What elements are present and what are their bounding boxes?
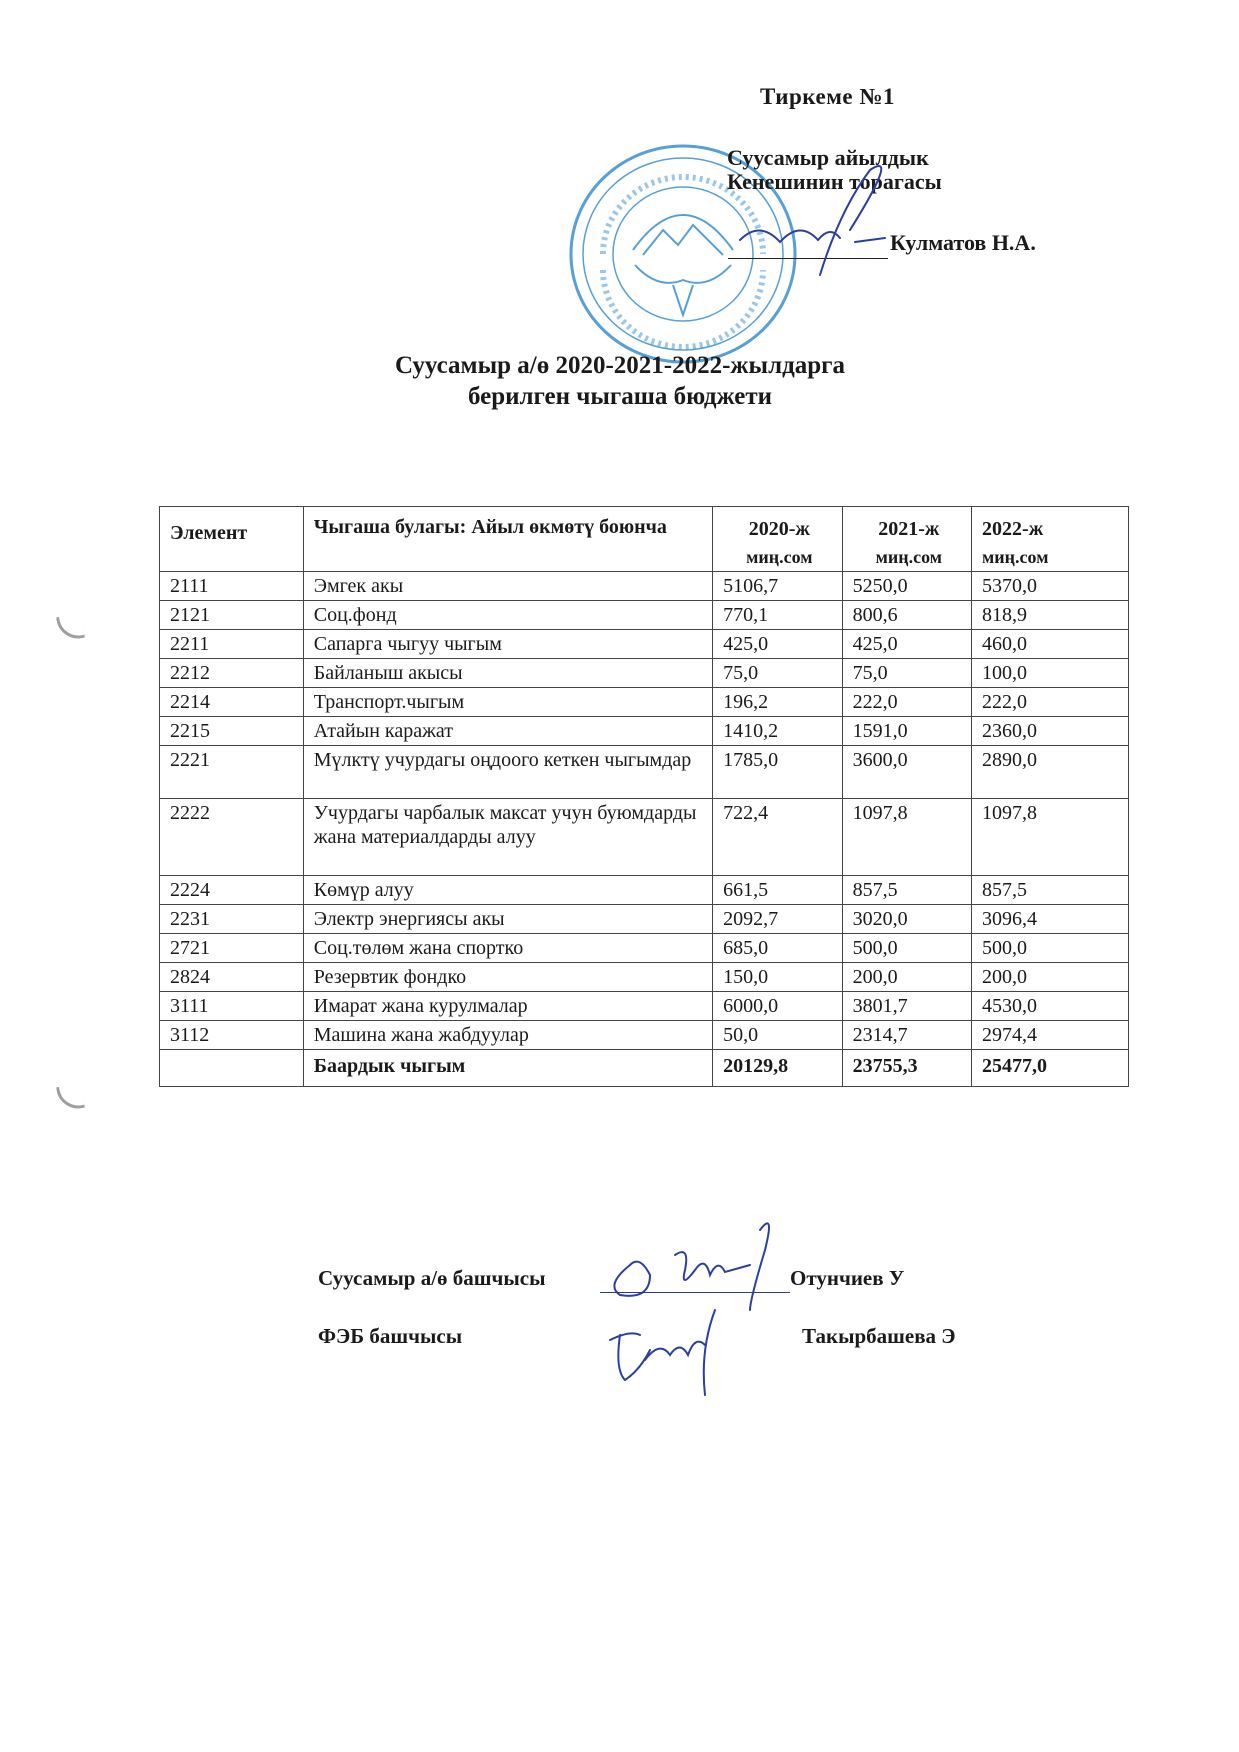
value-2020: 6000,0 [713, 992, 842, 1021]
value-2020: 425,0 [713, 630, 842, 659]
element-code: 2224 [160, 876, 304, 905]
budget-table: Элемент Чыгаша булагы: Айыл өкмөтү боюнч… [159, 506, 1129, 1087]
value-2020: 1410,2 [713, 717, 842, 746]
value-2020: 50,0 [713, 1021, 842, 1050]
value-2021: 75,0 [842, 659, 971, 688]
element-code: 2111 [160, 572, 304, 601]
expense-name: Машина жана жабдуулар [303, 1021, 712, 1050]
value-2022: 4530,0 [972, 992, 1129, 1021]
element-code: 2221 [160, 746, 304, 799]
approver-name-text: Кулматов Н.А. [890, 230, 1036, 255]
value-2022: 2890,0 [972, 746, 1129, 799]
header-element: Элемент [160, 507, 304, 572]
expense-name: Баардык чыгым [303, 1050, 712, 1087]
value-2021: 2314,7 [842, 1021, 971, 1050]
table-row: 2824Резервтик фондко150,0200,0200,0 [160, 963, 1129, 992]
value-2021: 5250,0 [842, 572, 971, 601]
header-2022-unit: миң.сом [982, 543, 1122, 571]
table-row: 3111Имарат жана курулмалар6000,03801,745… [160, 992, 1129, 1021]
value-2021: 3020,0 [842, 905, 971, 934]
table-total-row: Баардык чыгым20129,823755,325477,0 [160, 1050, 1129, 1087]
table-header-row: Элемент Чыгаша булагы: Айыл өкмөтү боюнч… [160, 507, 1129, 572]
element-code: 2212 [160, 659, 304, 688]
element-code: 2222 [160, 799, 304, 876]
table-row: 2215Атайын каражат1410,21591,02360,0 [160, 717, 1129, 746]
expense-name: Резервтик фондко [303, 963, 712, 992]
header-2020-unit: миң.сом [723, 543, 835, 571]
value-2021: 425,0 [842, 630, 971, 659]
feb-signature-icon [600, 1300, 740, 1400]
value-2022: 857,5 [972, 876, 1129, 905]
value-2020: 661,5 [713, 876, 842, 905]
table-row: 2214Транспорт.чыгым196,2222,0222,0 [160, 688, 1129, 717]
value-2022: 500,0 [972, 934, 1129, 963]
header-2020-year: 2020-ж [723, 515, 835, 543]
value-2021: 500,0 [842, 934, 971, 963]
value-2020: 770,1 [713, 601, 842, 630]
element-code: 2721 [160, 934, 304, 963]
value-2021: 200,0 [842, 963, 971, 992]
header-2021: 2021-ж миң.сом [842, 507, 971, 572]
value-2021: 1097,8 [842, 799, 971, 876]
header-expense-source: Чыгаша булагы: Айыл өкмөтү боюнча [303, 507, 712, 572]
feb-name: Такырбашева Э [802, 1324, 956, 1349]
element-code: 3112 [160, 1021, 304, 1050]
element-code [160, 1050, 304, 1087]
value-2021: 857,5 [842, 876, 971, 905]
value-2020: 20129,8 [713, 1050, 842, 1087]
value-2022: 1097,8 [972, 799, 1129, 876]
expense-name: Соц.төлөм жана спортко [303, 934, 712, 963]
expense-name: Учурдагы чарбалык максат учун буюмдарды … [303, 799, 712, 876]
element-code: 2214 [160, 688, 304, 717]
expense-name: Имарат жана курулмалар [303, 992, 712, 1021]
value-2021: 222,0 [842, 688, 971, 717]
header-2020: 2020-ж миң.сом [713, 507, 842, 572]
element-code: 2231 [160, 905, 304, 934]
value-2021: 1591,0 [842, 717, 971, 746]
table-row: 2221Мүлктү учурдагы оңдоого кеткен чыгым… [160, 746, 1129, 799]
header-2022-year: 2022-ж [982, 515, 1122, 543]
expense-name: Соц.фонд [303, 601, 712, 630]
value-2020: 196,2 [713, 688, 842, 717]
punch-hole-mark [56, 613, 85, 642]
value-2022: 200,0 [972, 963, 1129, 992]
title-line-1: Суусамыр а/ө 2020-2021-2022-жылдарга [300, 350, 940, 381]
table-row: 2111Эмгек акы5106,75250,05370,0 [160, 572, 1129, 601]
value-2022: 460,0 [972, 630, 1129, 659]
value-2022: 3096,4 [972, 905, 1129, 934]
expense-name: Байланыш акысы [303, 659, 712, 688]
table-row: 2222Учурдагы чарбалык максат учун буюмда… [160, 799, 1129, 876]
expense-name: Электр энергиясы акы [303, 905, 712, 934]
element-code: 2211 [160, 630, 304, 659]
table-row: 2231Электр энергиясы акы2092,73020,03096… [160, 905, 1129, 934]
header-2021-year: 2021-ж [853, 515, 965, 543]
table-row: 3112Машина жана жабдуулар50,02314,72974,… [160, 1021, 1129, 1050]
appendix-label: Тиркеме №1 [760, 84, 895, 110]
value-2020: 685,0 [713, 934, 842, 963]
title-line-2: берилген чыгаша бюджети [300, 381, 940, 412]
table-row: 2721Соц.төлөм жана спортко685,0500,0500,… [160, 934, 1129, 963]
value-2020: 75,0 [713, 659, 842, 688]
expense-name: Сапарга чыгуу чыгым [303, 630, 712, 659]
value-2020: 5106,7 [713, 572, 842, 601]
element-code: 3111 [160, 992, 304, 1021]
value-2021: 800,6 [842, 601, 971, 630]
value-2020: 1785,0 [713, 746, 842, 799]
value-2021: 3600,0 [842, 746, 971, 799]
value-2021: 3801,7 [842, 992, 971, 1021]
value-2022: 2360,0 [972, 717, 1129, 746]
element-code: 2121 [160, 601, 304, 630]
document-title: Суусамыр а/ө 2020-2021-2022-жылдарга бер… [300, 350, 940, 412]
header-2021-unit: миң.сом [853, 543, 965, 571]
value-2022: 222,0 [972, 688, 1129, 717]
expense-name: Транспорт.чыгым [303, 688, 712, 717]
feb-signature-label: ФЭБ башчысы [318, 1324, 462, 1349]
header-2022: 2022-ж миң.сом [972, 507, 1129, 572]
value-2022: 25477,0 [972, 1050, 1129, 1087]
value-2022: 100,0 [972, 659, 1129, 688]
approver-name: Кулматов Н.А. [728, 230, 1036, 256]
value-2021: 23755,3 [842, 1050, 971, 1087]
table-row: 2211Сапарга чыгуу чыгым425,0425,0460,0 [160, 630, 1129, 659]
value-2022: 818,9 [972, 601, 1129, 630]
punch-hole-mark [56, 1083, 85, 1112]
element-code: 2215 [160, 717, 304, 746]
value-2020: 722,4 [713, 799, 842, 876]
expense-name: Көмүр алуу [303, 876, 712, 905]
expense-name: Мүлктү учурдагы оңдоого кеткен чыгымдар [303, 746, 712, 799]
expense-name: Эмгек акы [303, 572, 712, 601]
expense-name: Атайын каражат [303, 717, 712, 746]
table-row: 2212Байланыш акысы75,075,0100,0 [160, 659, 1129, 688]
signature-icon [700, 150, 930, 280]
value-2022: 2974,4 [972, 1021, 1129, 1050]
table-row: 2224Көмүр алуу661,5857,5857,5 [160, 876, 1129, 905]
value-2022: 5370,0 [972, 572, 1129, 601]
value-2020: 150,0 [713, 963, 842, 992]
head-signature-label: Суусамыр а/ө башчысы [318, 1266, 545, 1291]
table-row: 2121Соц.фонд770,1800,6818,9 [160, 601, 1129, 630]
element-code: 2824 [160, 963, 304, 992]
value-2020: 2092,7 [713, 905, 842, 934]
head-name: Отунчиев У [790, 1266, 904, 1291]
